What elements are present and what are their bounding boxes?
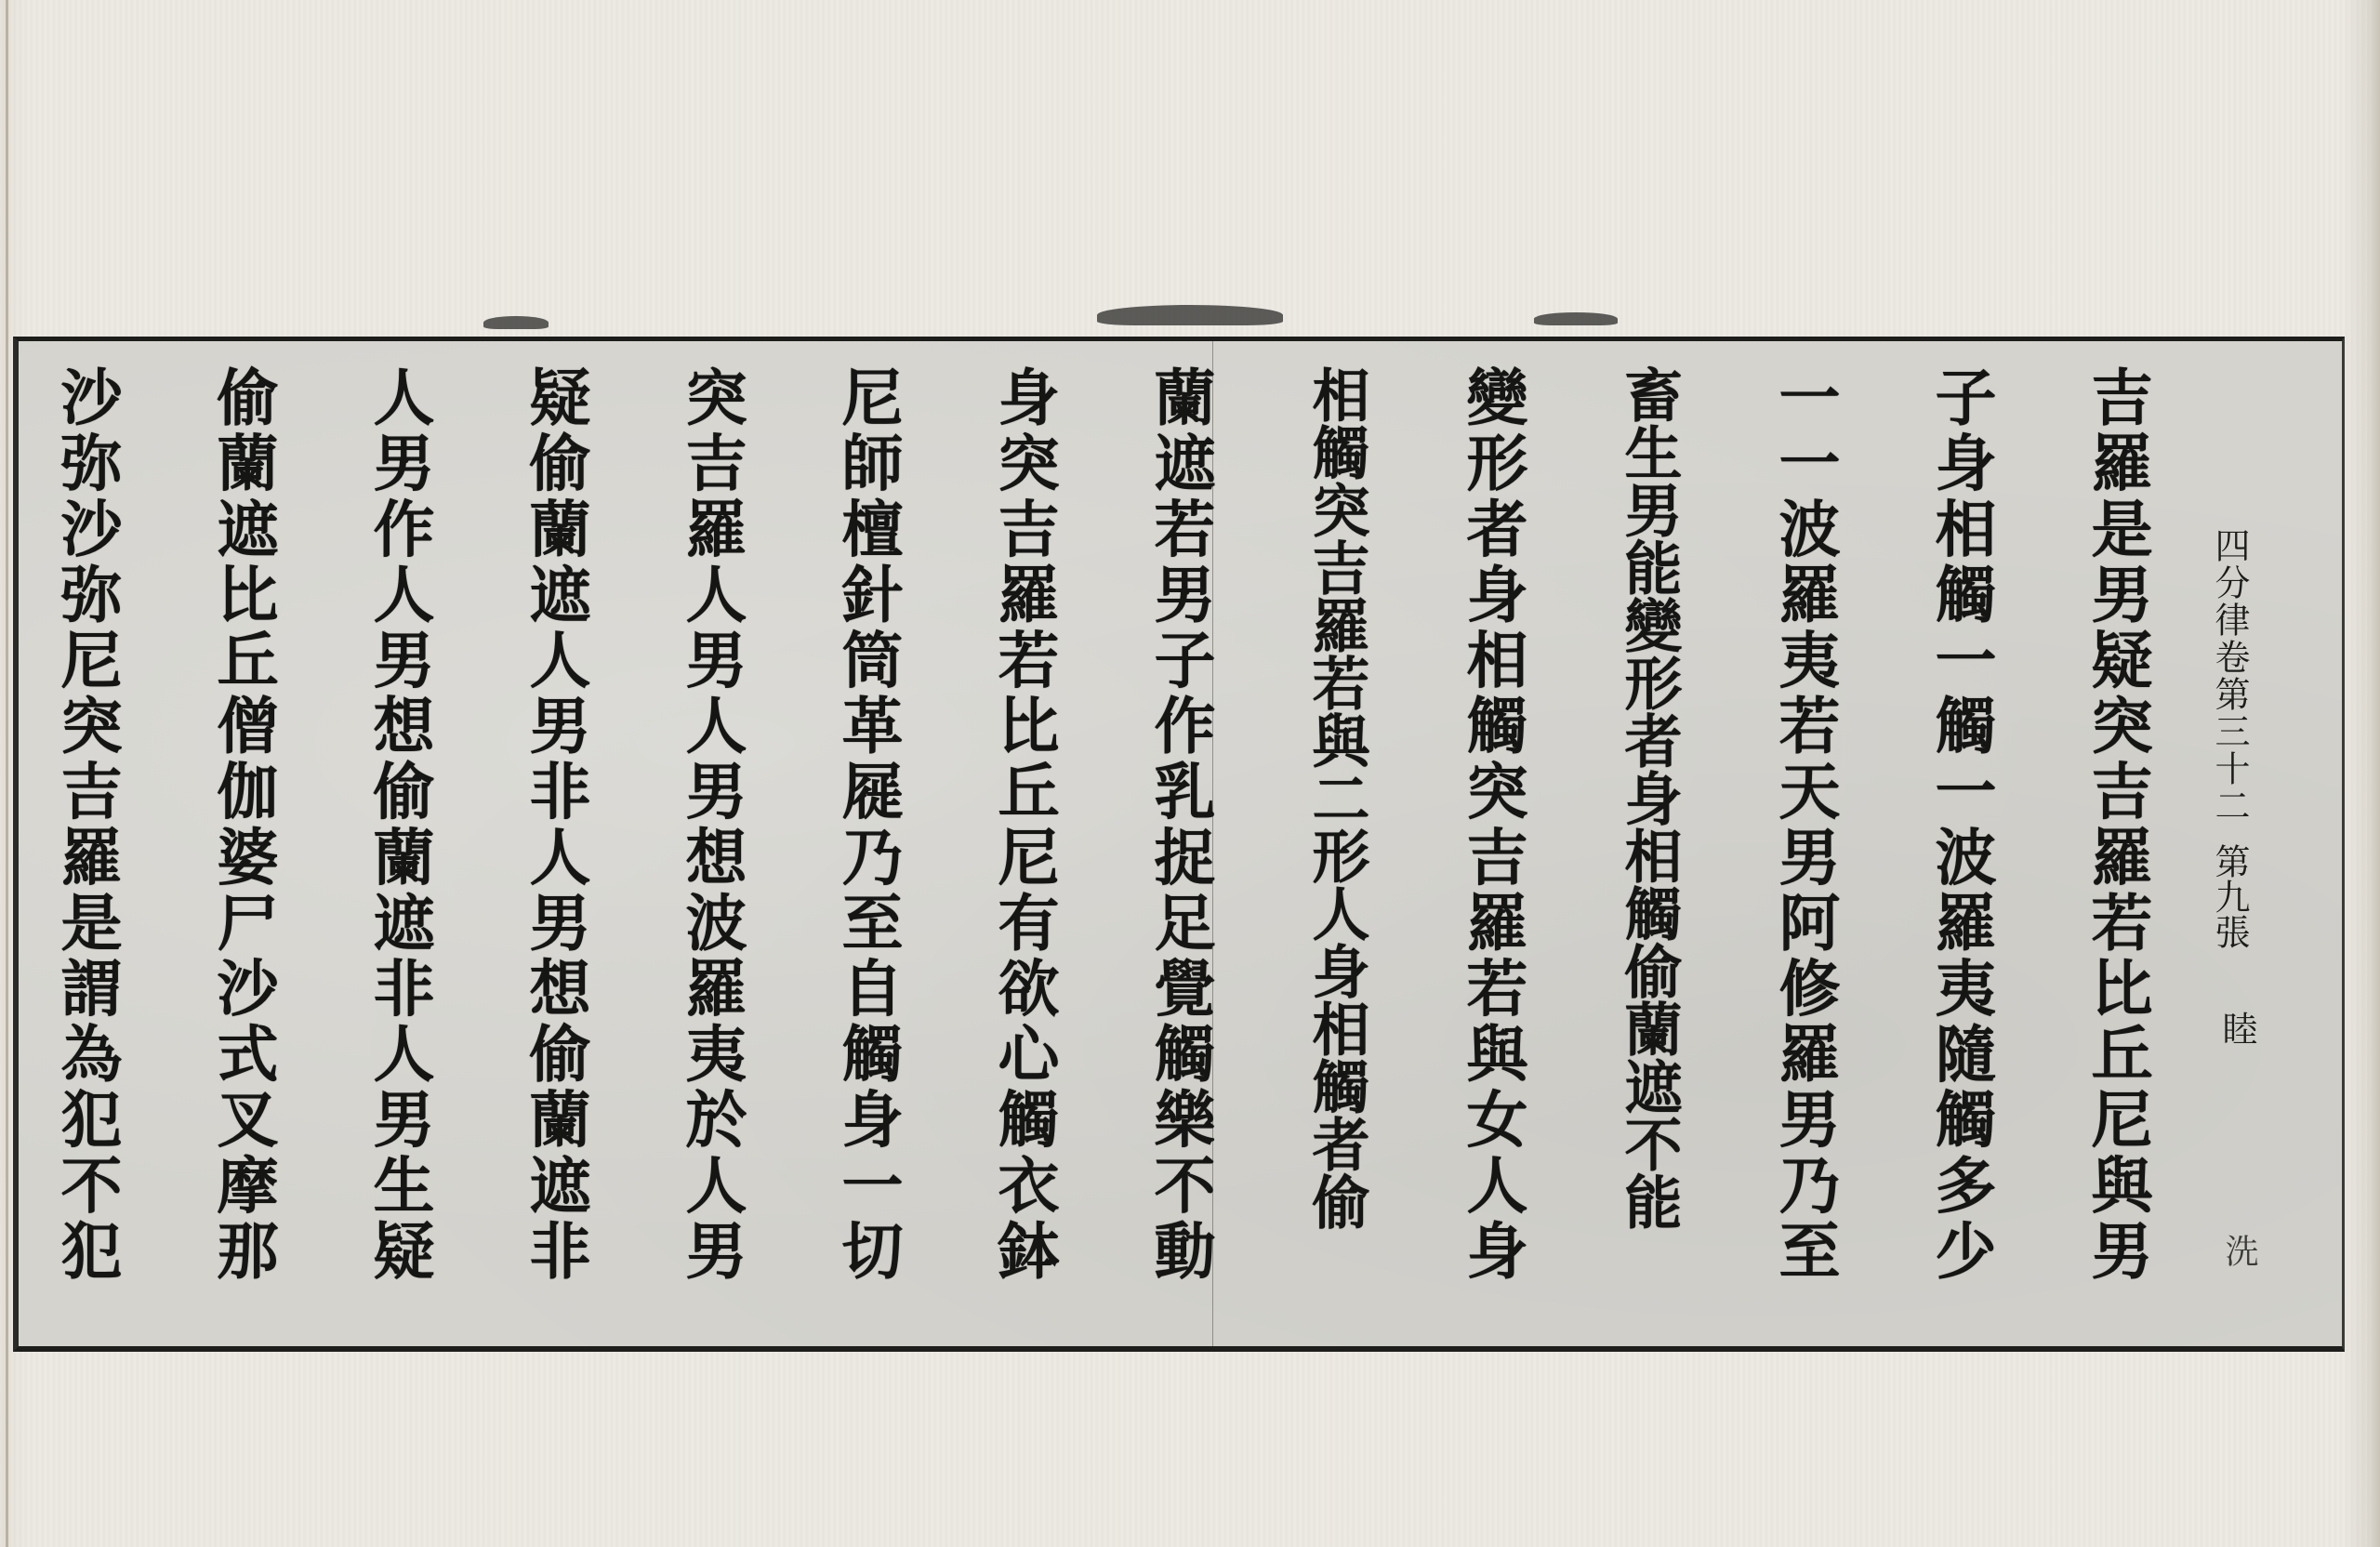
column-text: 畜生男能變形者身相觸偷蘭遮不能 xyxy=(1620,365,1677,1230)
text-column-9: 尼師檀針筒革屣乃至自觸身一切 xyxy=(789,341,945,1346)
text-column-12: 人男作人男想偷蘭遮非人男生疑 xyxy=(321,341,477,1346)
column-text: 一一波羅夷若天男阿修羅男乃至 xyxy=(1774,365,1835,1284)
printed-block-frame: 四分律卷第三十二 第九張 睦 洗 吉羅是男疑突吉羅若比丘尼與男 子身相觸一觸一波… xyxy=(13,337,2345,1352)
column-text: 尼師檀針筒革屣乃至自觸身一切 xyxy=(837,365,898,1284)
volume-title: 四分律卷第三十二 xyxy=(2212,527,2247,825)
text-column-7: 蘭遮若男子作乳捉足覺觸樂不動 xyxy=(1102,341,1258,1346)
text-column-13: 偷蘭遮比丘僧伽婆尸沙式叉摩那 xyxy=(165,341,321,1346)
column-text: 相觸突吉羅若與二形人身相觸者偷 xyxy=(1307,365,1365,1230)
text-column-10: 突吉羅人男人男想波羅夷於人男 xyxy=(633,341,789,1346)
text-columns: 四分律卷第三十二 第九張 睦 洗 吉羅是男疑突吉羅若比丘尼與男 子身相觸一觸一波… xyxy=(19,341,2342,1346)
column-text: 沙弥沙弥尼突吉羅是謂為犯不犯 xyxy=(56,365,117,1284)
sheet-number: 第九張 xyxy=(2212,843,2247,949)
text-column-3: 一一波羅夷若天男阿修羅男乃至 xyxy=(1726,341,1883,1346)
text-column-6: 相觸突吉羅若與二形人身相觸者偷 xyxy=(1258,341,1414,1346)
text-column-14: 沙弥沙弥尼突吉羅是謂為犯不犯 xyxy=(8,341,165,1346)
carver-mark: 洗 xyxy=(2215,1234,2263,1267)
text-column-11: 疑偷蘭遮人男非人男想偷蘭遮非 xyxy=(477,341,633,1346)
margin-column: 四分律卷第三十二 第九張 睦 洗 xyxy=(2195,341,2334,1346)
column-text: 吉羅是男疑突吉羅若比丘尼與男 xyxy=(2086,365,2148,1284)
text-column-5: 變形者身相觸突吉羅若與女人身 xyxy=(1414,341,1570,1346)
ink-smudge xyxy=(1097,305,1283,325)
column-text: 人男作人男想偷蘭遮非人男生疑 xyxy=(368,365,430,1284)
text-column-8: 身突吉羅若比丘尼有欲心觸衣鉢 xyxy=(945,341,1102,1346)
column-text: 偷蘭遮比丘僧伽婆尸沙式叉摩那 xyxy=(212,365,273,1284)
text-column-4: 畜生男能變形者身相觸偷蘭遮不能 xyxy=(1570,341,1726,1346)
column-text: 蘭遮若男子作乳捉足覺觸樂不動 xyxy=(1149,365,1210,1284)
column-text: 突吉羅人男人男想波羅夷於人男 xyxy=(681,365,742,1284)
column-text: 變形者身相觸突吉羅若與女人身 xyxy=(1461,365,1523,1284)
sheet-mark: 睦 xyxy=(2212,1011,2263,1046)
text-column-2: 子身相觸一觸一波羅夷隨觸多少 xyxy=(1883,341,2039,1346)
page-edge-right xyxy=(2371,0,2380,1547)
column-text: 疑偷蘭遮人男非人男想偷蘭遮非 xyxy=(524,365,586,1284)
ink-smudge xyxy=(1534,312,1618,325)
column-text: 子身相觸一觸一波羅夷隨觸多少 xyxy=(1930,365,1991,1284)
ink-smudge xyxy=(483,316,549,329)
scripture-page: 四分律卷第三十二 第九張 睦 洗 吉羅是男疑突吉羅若比丘尼與男 子身相觸一觸一波… xyxy=(0,0,2380,1547)
column-text: 身突吉羅若比丘尼有欲心觸衣鉢 xyxy=(993,365,1054,1284)
text-column-1: 吉羅是男疑突吉羅若比丘尼與男 xyxy=(2039,341,2195,1346)
